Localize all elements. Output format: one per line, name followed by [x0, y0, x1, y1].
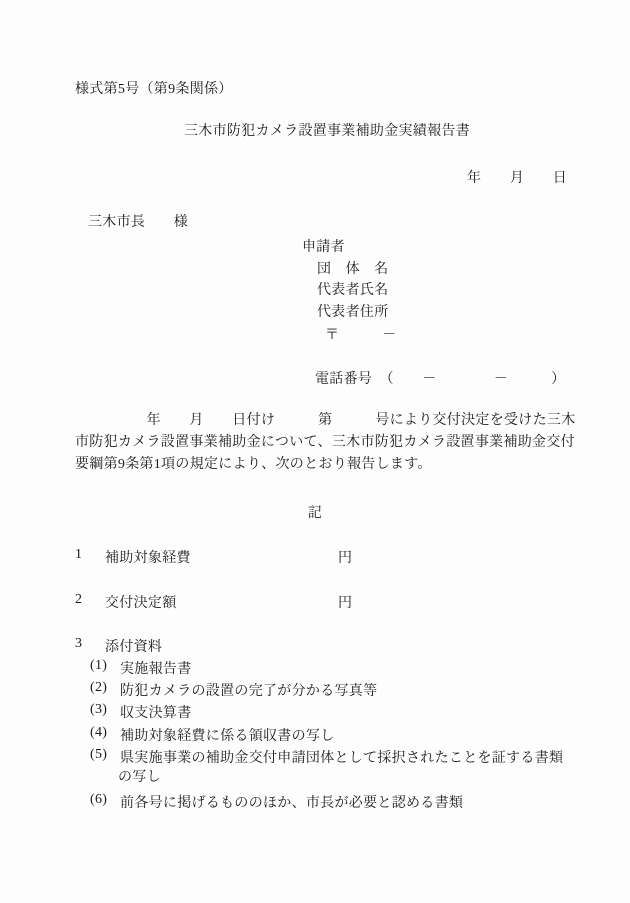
- rep-name-label: 代表者氏名: [317, 283, 389, 299]
- attachment-number: (2): [90, 680, 107, 696]
- attachment-number: (1): [90, 658, 107, 674]
- item-unit: 円: [338, 592, 352, 612]
- attachment-number: (6): [90, 792, 107, 808]
- attachment-number: (5): [90, 747, 107, 763]
- attachment-item-row: (6) 前各号に掲げるもののほか、市長が必要と認める書類: [90, 792, 570, 809]
- org-name-label: 団 体 名: [317, 262, 389, 278]
- amount-item-row: 1 補助対象経費 円: [75, 547, 565, 564]
- attachment-text: 県実施事業の補助金交付申請団体として採択されたことを証する書類: [120, 747, 563, 767]
- rep-address-label: 代表者住所: [317, 305, 389, 321]
- attachment-number: (3): [90, 702, 107, 718]
- date-line: 年 月 日: [467, 171, 567, 187]
- item-number: 1: [75, 547, 82, 563]
- attachment-item-row: (2) 防犯カメラの設置の完了が分かる写真等: [90, 680, 570, 697]
- item-unit: 円: [338, 547, 352, 567]
- attachment-text: 補助対象経費に係る領収書の写し: [120, 725, 335, 745]
- body-paragraph-line-1: 年 月 日付け 第 号により交付決定を受けた三木: [75, 413, 576, 429]
- body-paragraph-line-2: 市防犯カメラ設置事業補助金について、三木市防犯カメラ設置事業補助金交付: [75, 435, 575, 451]
- attachment-text-continuation: の写し: [118, 770, 161, 786]
- attachments-heading-row: 3 添付資料: [75, 636, 565, 653]
- item-number: 2: [75, 592, 82, 608]
- attachment-text: 前各号に掲げるもののほか、市長が必要と認める書類: [120, 792, 463, 812]
- attachment-text: 実施報告書: [120, 658, 192, 678]
- item-label: 交付決定額: [105, 592, 177, 612]
- document-title: 三木市防犯カメラ設置事業補助金実績報告書: [184, 124, 470, 140]
- attachment-text: 防犯カメラの設置の完了が分かる写真等: [120, 680, 377, 700]
- attachments-label: 添付資料: [105, 636, 162, 656]
- item-label: 補助対象経費: [105, 547, 191, 567]
- item-number: 3: [75, 636, 82, 652]
- form-number: 様式第5号（第9条関係）: [75, 82, 233, 98]
- attachment-text: 収支決算書: [120, 702, 192, 722]
- attachment-item-row: (4) 補助対象経費に係る領収書の写し: [90, 725, 570, 742]
- record-marker: 記: [0, 506, 630, 522]
- body-paragraph-line-3: 要綱第9条第1項の規定により、次のとおり報告します。: [75, 457, 432, 473]
- phone-line: 電話番号 （ － － ）: [315, 372, 565, 388]
- attachment-item-row: (5) 県実施事業の補助金交付申請団体として採択されたことを証する書類: [90, 747, 570, 764]
- amount-item-row: 2 交付決定額 円: [75, 592, 565, 609]
- addressee-line: 三木市長 様: [88, 215, 188, 231]
- document-page: 様式第5号（第9条関係） 三木市防犯カメラ設置事業補助金実績報告書 年 月 日 …: [0, 0, 630, 903]
- attachment-item-row: (1) 実施報告書: [90, 658, 570, 675]
- attachment-item-row: (3) 収支決算書: [90, 702, 570, 719]
- attachment-number: (4): [90, 725, 107, 741]
- postal-line: 〒 －: [325, 328, 397, 344]
- applicant-heading: 申請者: [302, 240, 345, 256]
